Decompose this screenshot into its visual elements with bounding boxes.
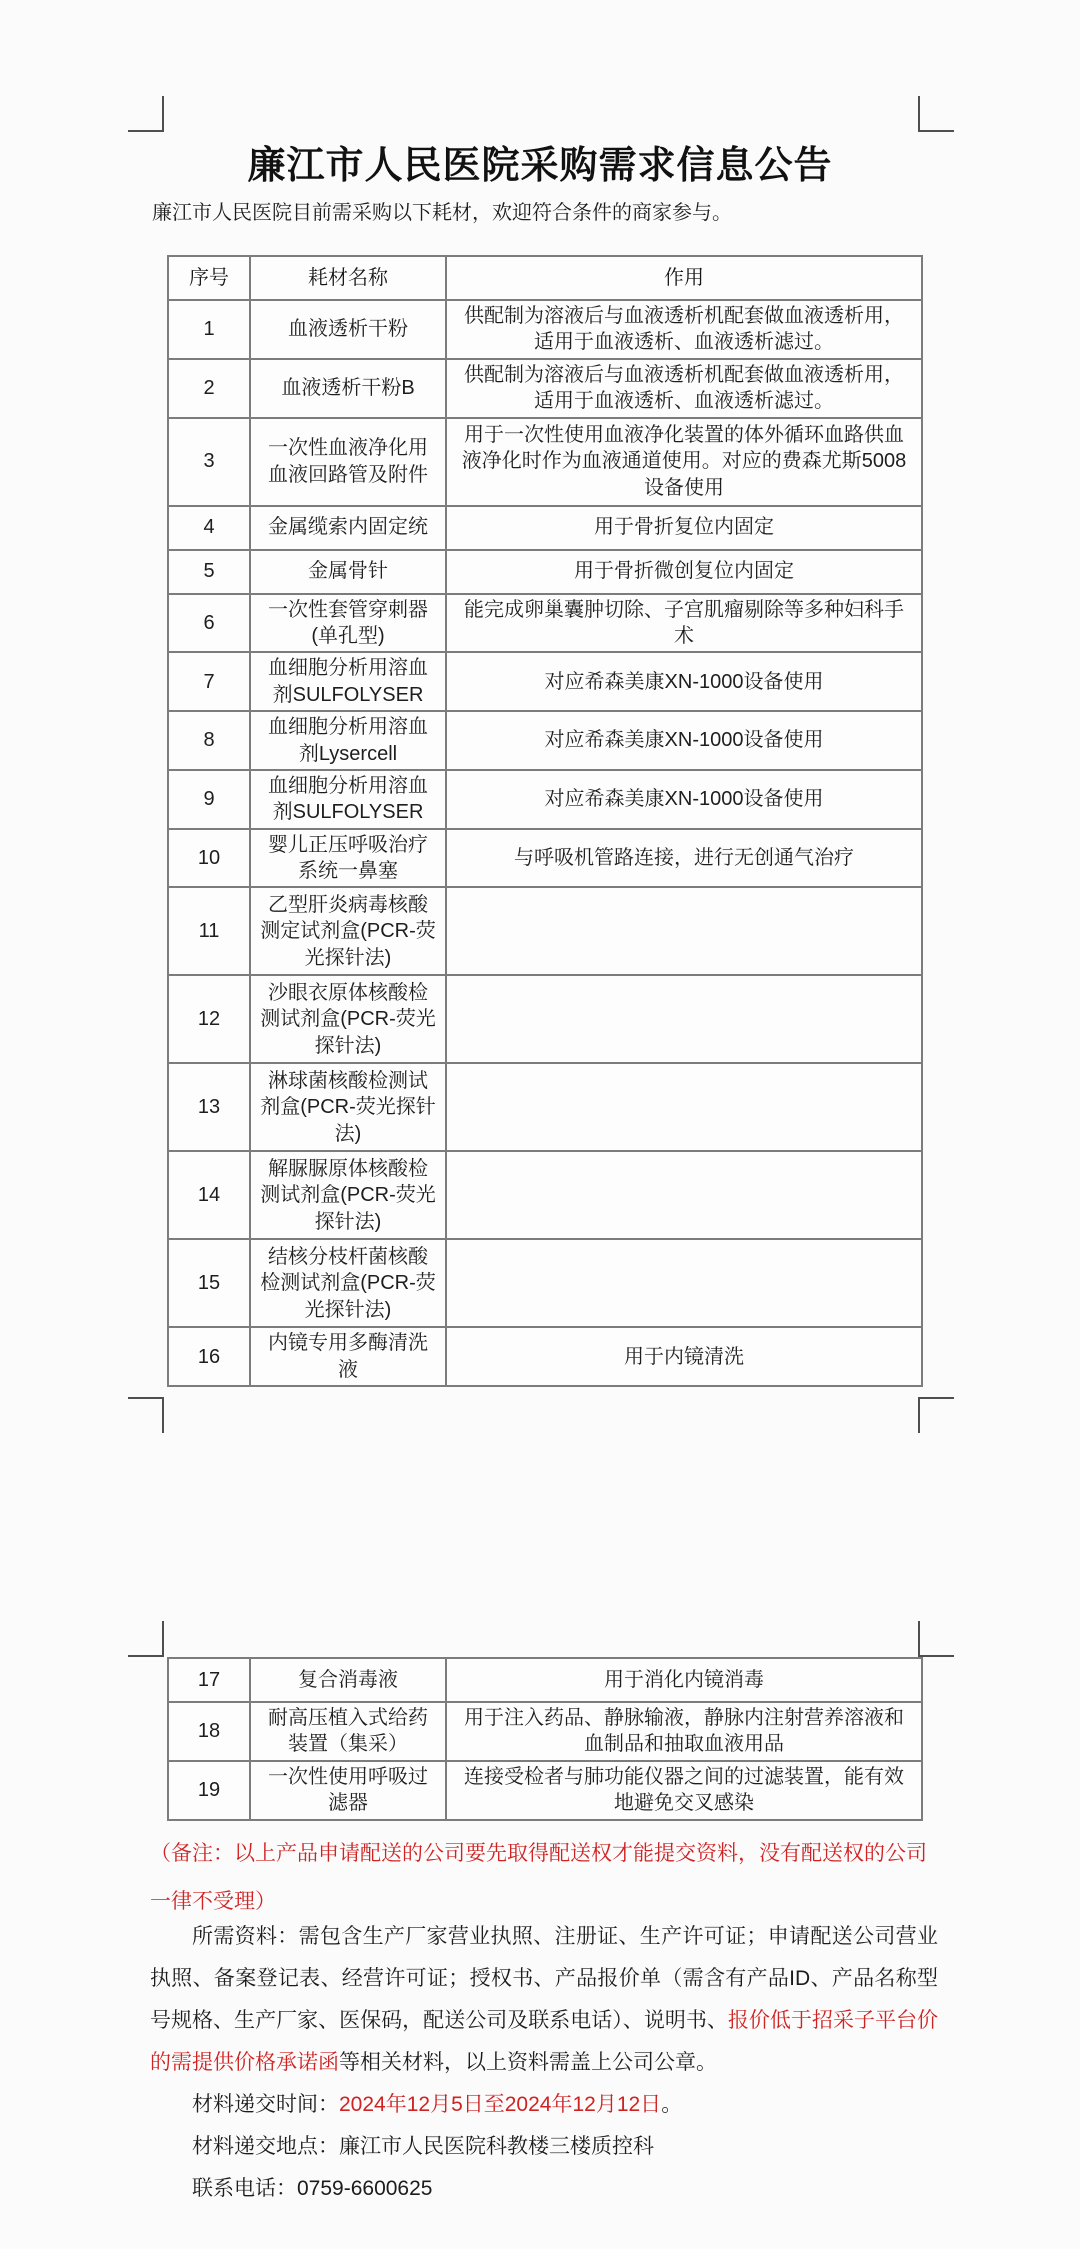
table-row: 1 血液透析干粉 供配制为溶液后与血液透析机配套做血液透析用，适用于血液透析、血…	[168, 300, 922, 359]
row-action: 对应希森美康XN-1000设备使用	[446, 652, 922, 711]
materials-paragraph: 所需资料：需包含生产厂家营业执照、注册证、生产许可证；申请配送公司营业执照、备案…	[150, 1916, 938, 2084]
table-header-row: 序号 耗材名称 作用	[168, 256, 922, 300]
row-name: 复合消毒液	[250, 1658, 446, 1702]
row-name: 沙眼衣原体核酸检测试剂盒(PCR-荧光探针法)	[250, 975, 446, 1063]
header-name: 耗材名称	[250, 256, 446, 300]
table-row: 6 一次性套管穿刺器(单孔型) 能完成卵巢囊肿切除、子宫肌瘤剔除等多种妇科手术	[168, 594, 922, 653]
row-action	[446, 1151, 922, 1239]
materials-text-2: 等相关材料，以上资料需盖上公司公章。	[339, 2051, 717, 2074]
row-action: 用于注入药品、静脉输液，静脉内注射营养溶液和血制品和抽取血液用品	[446, 1702, 922, 1761]
table-row: 12 沙眼衣原体核酸检测试剂盒(PCR-荧光探针法)	[168, 975, 922, 1063]
table-row: 17 复合消毒液 用于消化内镜消毒	[168, 1658, 922, 1702]
table-row: 18 耐高压植入式给药装置（集采） 用于注入药品、静脉输液，静脉内注射营养溶液和…	[168, 1702, 922, 1761]
table-row: 7 血细胞分析用溶血剂SULFOLYSER 对应希森美康XN-1000设备使用	[168, 652, 922, 711]
row-serial: 2	[168, 359, 250, 418]
row-name: 淋球菌核酸检测试剂盒(PCR-荧光探针法)	[250, 1063, 446, 1151]
row-serial: 8	[168, 711, 250, 770]
procurement-table-page2: 17 复合消毒液 用于消化内镜消毒 18 耐高压植入式给药装置（集采） 用于注入…	[167, 1657, 923, 1821]
delivery-rights-note: （备注：以上产品申请配送的公司要先取得配送权才能提交资料，没有配送权的公司一律不…	[150, 1830, 938, 1926]
row-serial: 12	[168, 975, 250, 1063]
phone-line: 联系电话：0759-6600625	[150, 2168, 938, 2210]
crop-mark-page1-top-right	[918, 96, 954, 132]
row-name: 一次性使用呼吸过滤器	[250, 1761, 446, 1820]
row-action: 用于骨折微创复位内固定	[446, 550, 922, 594]
crop-mark-page2-top-right	[918, 1621, 954, 1657]
location-line: 材料递交地点：廉江市人民医院科教楼三楼质控科	[150, 2126, 938, 2168]
page-title: 廉江市人民医院采购需求信息公告	[150, 134, 930, 189]
table-row: 11 乙型肝炎病毒核酸测定试剂盒(PCR-荧光探针法)	[168, 887, 922, 975]
row-action: 用于内镜清洗	[446, 1327, 922, 1386]
row-serial: 19	[168, 1761, 250, 1820]
row-serial: 7	[168, 652, 250, 711]
deadline-line: 材料递交时间：2024年12月5日至2024年12月12日。	[150, 2084, 938, 2126]
table-row: 19 一次性使用呼吸过滤器 连接受检者与肺功能仪器之间的过滤装置，能有效地避免交…	[168, 1761, 922, 1820]
header-action: 作用	[446, 256, 922, 300]
intro-paragraph: 廉江市人民医院目前需采购以下耗材，欢迎符合条件的商家参与。	[152, 200, 932, 226]
row-action: 用于一次性使用血液净化装置的体外循环血路供血液净化时作为血液通道使用。对应的费森…	[446, 418, 922, 506]
row-name: 金属缆索内固定统	[250, 506, 446, 550]
row-action: 与呼吸机管路连接，进行无创通气治疗	[446, 829, 922, 888]
row-name: 解脲脲原体核酸检测试剂盒(PCR-荧光探针法)	[250, 1151, 446, 1239]
requirements-section: 所需资料：需包含生产厂家营业执照、注册证、生产许可证；申请配送公司营业执照、备案…	[150, 1916, 938, 2210]
deadline-suffix: 。	[661, 2093, 682, 2116]
row-serial: 14	[168, 1151, 250, 1239]
row-serial: 17	[168, 1658, 250, 1702]
location-value: 廉江市人民医院科教楼三楼质控科	[339, 2135, 654, 2158]
row-name: 乙型肝炎病毒核酸测定试剂盒(PCR-荧光探针法)	[250, 887, 446, 975]
row-serial: 4	[168, 506, 250, 550]
row-serial: 5	[168, 550, 250, 594]
row-action	[446, 1063, 922, 1151]
row-action: 对应希森美康XN-1000设备使用	[446, 711, 922, 770]
procurement-table-page1: 序号 耗材名称 作用 1 血液透析干粉 供配制为溶液后与血液透析机配套做血液透析…	[167, 255, 923, 1387]
table-row: 13 淋球菌核酸检测试剂盒(PCR-荧光探针法)	[168, 1063, 922, 1151]
row-action	[446, 1239, 922, 1327]
table-row: 5 金属骨针 用于骨折微创复位内固定	[168, 550, 922, 594]
row-serial: 10	[168, 829, 250, 888]
row-action	[446, 975, 922, 1063]
row-name: 内镜专用多酶清洗液	[250, 1327, 446, 1386]
document-page: 廉江市人民医院采购需求信息公告 廉江市人民医院目前需采购以下耗材，欢迎符合条件的…	[0, 0, 1080, 2249]
row-action: 供配制为溶液后与血液透析机配套做血液透析用，适用于血液透析、血液透析滤过。	[446, 359, 922, 418]
row-serial: 13	[168, 1063, 250, 1151]
table-row: 14 解脲脲原体核酸检测试剂盒(PCR-荧光探针法)	[168, 1151, 922, 1239]
row-action	[446, 887, 922, 975]
crop-mark-page2-top-left	[128, 1621, 164, 1657]
row-action: 能完成卵巢囊肿切除、子宫肌瘤剔除等多种妇科手术	[446, 594, 922, 653]
row-name: 一次性套管穿刺器(单孔型)	[250, 594, 446, 653]
crop-mark-page1-top-left	[128, 96, 164, 132]
row-name: 一次性血液净化用血液回路管及附件	[250, 418, 446, 506]
row-serial: 11	[168, 887, 250, 975]
table-row: 10 婴儿正压呼吸治疗系统一鼻塞 与呼吸机管路连接，进行无创通气治疗	[168, 829, 922, 888]
row-name: 耐高压植入式给药装置（集采）	[250, 1702, 446, 1761]
row-serial: 1	[168, 300, 250, 359]
table-row: 2 血液透析干粉B 供配制为溶液后与血液透析机配套做血液透析用，适用于血液透析、…	[168, 359, 922, 418]
row-name: 血细胞分析用溶血剂Lysercell	[250, 711, 446, 770]
row-name: 血细胞分析用溶血剂SULFOLYSER	[250, 770, 446, 829]
row-action: 用于消化内镜消毒	[446, 1658, 922, 1702]
row-name: 婴儿正压呼吸治疗系统一鼻塞	[250, 829, 446, 888]
header-serial: 序号	[168, 256, 250, 300]
row-name: 血细胞分析用溶血剂SULFOLYSER	[250, 652, 446, 711]
table-row: 4 金属缆索内固定统 用于骨折复位内固定	[168, 506, 922, 550]
table-row: 9 血细胞分析用溶血剂SULFOLYSER 对应希森美康XN-1000设备使用	[168, 770, 922, 829]
row-name: 结核分枝杆菌核酸检测试剂盒(PCR-荧光探针法)	[250, 1239, 446, 1327]
row-serial: 3	[168, 418, 250, 506]
deadline-value: 2024年12月5日至2024年12月12日	[339, 2093, 661, 2116]
row-serial: 16	[168, 1327, 250, 1386]
crop-mark-page1-bottom-left	[128, 1397, 164, 1433]
row-action: 连接受检者与肺功能仪器之间的过滤装置，能有效地避免交叉感染	[446, 1761, 922, 1820]
table-row: 8 血细胞分析用溶血剂Lysercell 对应希森美康XN-1000设备使用	[168, 711, 922, 770]
row-name: 血液透析干粉B	[250, 359, 446, 418]
table-row: 15 结核分枝杆菌核酸检测试剂盒(PCR-荧光探针法)	[168, 1239, 922, 1327]
row-action: 用于骨折复位内固定	[446, 506, 922, 550]
location-label: 材料递交地点：	[192, 2135, 339, 2158]
phone-value: 0759-6600625	[297, 2177, 432, 2200]
phone-label: 联系电话：	[192, 2177, 297, 2200]
row-name: 血液透析干粉	[250, 300, 446, 359]
row-serial: 6	[168, 594, 250, 653]
row-serial: 15	[168, 1239, 250, 1327]
row-serial: 9	[168, 770, 250, 829]
row-serial: 18	[168, 1702, 250, 1761]
table-row: 3 一次性血液净化用血液回路管及附件 用于一次性使用血液净化装置的体外循环血路供…	[168, 418, 922, 506]
row-action: 供配制为溶液后与血液透析机配套做血液透析用，适用于血液透析、血液透析滤过。	[446, 300, 922, 359]
row-name: 金属骨针	[250, 550, 446, 594]
row-action: 对应希森美康XN-1000设备使用	[446, 770, 922, 829]
table-row: 16 内镜专用多酶清洗液 用于内镜清洗	[168, 1327, 922, 1386]
deadline-label: 材料递交时间：	[192, 2093, 339, 2116]
crop-mark-page1-bottom-right	[918, 1397, 954, 1433]
